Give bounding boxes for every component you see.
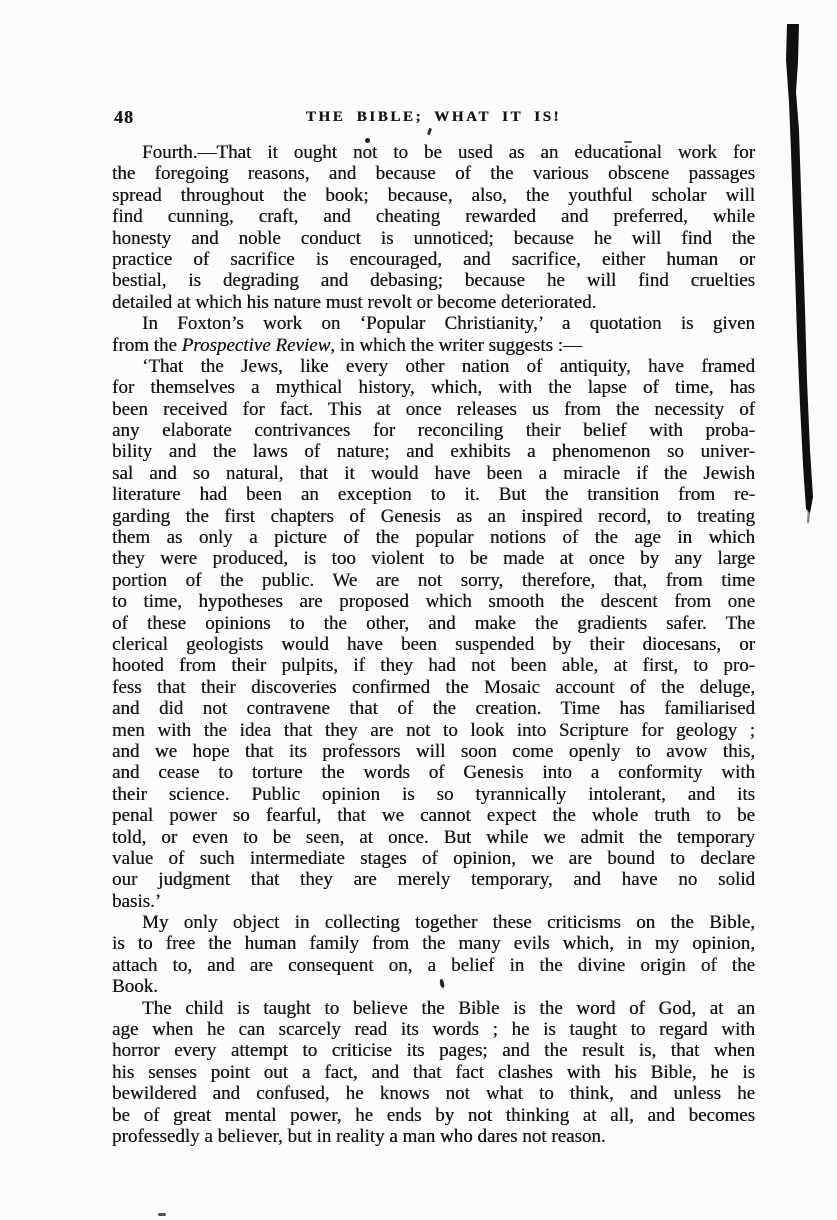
text-line: penal power so fearful, that we cannot e… — [112, 805, 755, 826]
text-line: our judgment that they are merely tempor… — [112, 869, 755, 890]
scanned-page: 48 THE BIBLE; WHAT IT IS! Fourth.—That i… — [0, 0, 837, 1220]
page-body: Fourth.—That it ought not to be used as … — [112, 142, 755, 1147]
text-line: from the Prospective Review, in which th… — [112, 335, 755, 356]
text-line: for themselves a mythical history, which… — [112, 377, 755, 398]
text-line: hooted from their pulpits, if they had n… — [112, 655, 755, 676]
text-line: clerical geologists would have been susp… — [112, 634, 755, 655]
text-line: horror every attempt to criticise its pa… — [112, 1040, 755, 1061]
text-line: detailed at which his nature must revolt… — [112, 292, 755, 313]
text-line: portion of the public. We are not sorry,… — [112, 570, 755, 591]
text-line: and we hope that its professors will soo… — [112, 741, 755, 762]
scan-artifact-tail — [807, 505, 811, 523]
text-line: any elaborate contrivances for reconcili… — [112, 420, 755, 441]
text-line: their science. Public opinion is so tyra… — [112, 784, 755, 805]
text-line: In Foxton’s work on ‘Popular Christianit… — [112, 313, 755, 334]
page-number: 48 — [114, 107, 134, 128]
text-line: find cunning, craft, and cheating reward… — [112, 206, 755, 227]
ink-speck — [427, 128, 432, 136]
text-line: literature had been an exception to it. … — [112, 484, 755, 505]
text-line: and cease to torture the words of Genesi… — [112, 762, 755, 783]
text-line: practice of sacrifice is encouraged, and… — [112, 249, 755, 270]
text-line: told, or even to be seen, at once. But w… — [112, 827, 755, 848]
text-line: age when he can scarcely read its words … — [112, 1019, 755, 1040]
text-line: them as only a picture of the popular no… — [112, 527, 755, 548]
text-line: The child is taught to believe the Bible… — [112, 998, 755, 1019]
text-line: garding the first chapters of Genesis as… — [112, 506, 755, 527]
text-line: is to free the human family from the man… — [112, 933, 755, 954]
text-line: bewildered and confused, he knows not wh… — [112, 1083, 755, 1104]
text-line: men with the idea that they are not to l… — [112, 720, 755, 741]
text-line: fess that their discoveries confirmed th… — [112, 677, 755, 698]
running-title: THE BIBLE; WHAT IT IS! — [112, 106, 755, 126]
text-line: of these opinions to the other, and make… — [112, 613, 755, 634]
text-line: been received for fact. This at once rel… — [112, 399, 755, 420]
text-line: Book. — [112, 976, 755, 997]
text-line: they were produced, is too violent to be… — [112, 548, 755, 569]
text-line: sal and so natural, that it would have b… — [112, 463, 755, 484]
text-line: professedly a believer, but in reality a… — [112, 1126, 755, 1147]
text-line: basis.’ — [112, 891, 755, 912]
text-line: his senses point out a fact, and that fa… — [112, 1062, 755, 1083]
text-line: ‘That the Jews, like every other nation … — [112, 356, 755, 377]
text-line: Fourth.—That it ought not to be used as … — [112, 142, 755, 163]
text-line: and did not contravene that of the creat… — [112, 698, 755, 719]
text-line: the foregoing reasons, and because of th… — [112, 163, 755, 184]
text-line: bility and the laws of nature; and exhib… — [112, 441, 755, 462]
text-line: honesty and noble conduct is unnoticed; … — [112, 228, 755, 249]
ink-speck — [158, 1213, 166, 1216]
text-line: spread throughout the book; because, als… — [112, 185, 755, 206]
text-line: attach to, and are consequent on, a beli… — [112, 955, 755, 976]
page-header: 48 THE BIBLE; WHAT IT IS! — [112, 106, 755, 130]
text-line: be of great mental power, he ends by not… — [112, 1105, 755, 1126]
scan-artifact-bar — [786, 24, 813, 513]
text-line: My only object in collecting together th… — [112, 912, 755, 933]
text-line: bestial, is degrading and debasing; beca… — [112, 270, 755, 291]
text-line: to time, hypotheses are proposed which s… — [112, 591, 755, 612]
text-line: value of such intermediate stages of opi… — [112, 848, 755, 869]
